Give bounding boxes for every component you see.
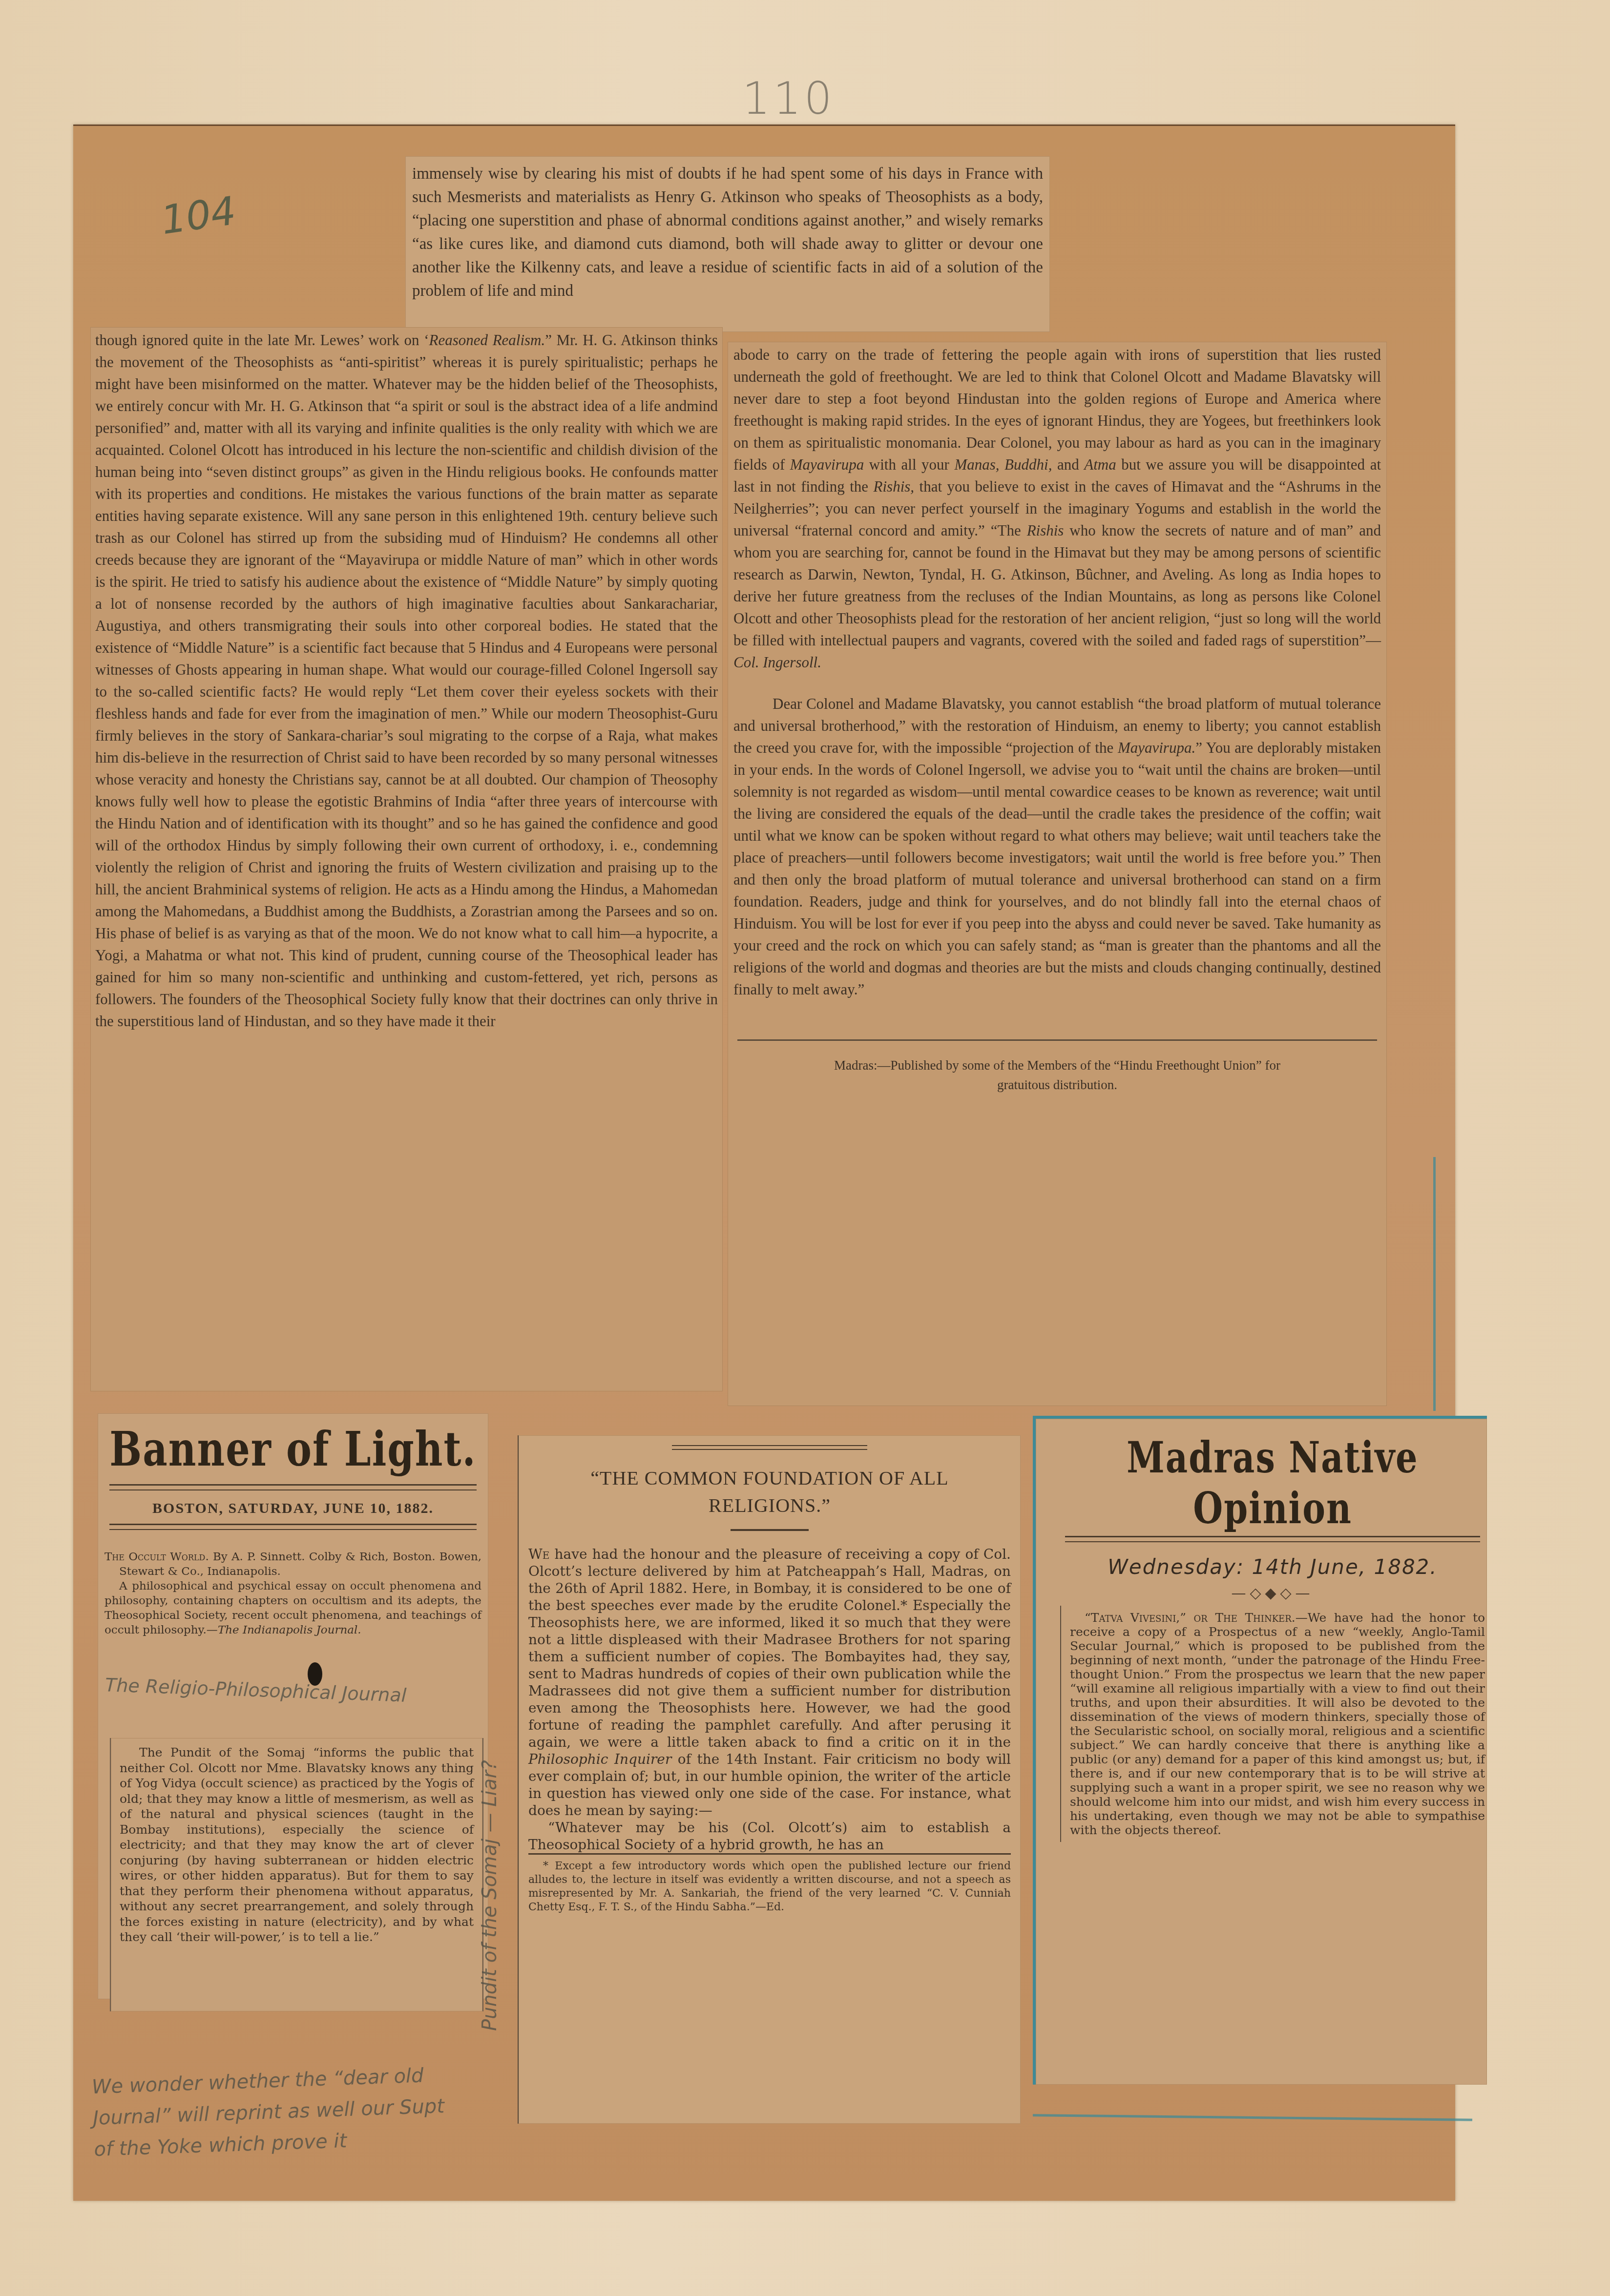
handwritten-page-number: 110 (742, 73, 835, 124)
clipping-pundit-of-the-somaj: The Pundit of the Somaj “informs the pub… (110, 1738, 483, 2011)
occult-world-review: The Occult World. By A. P. Sinnett. Colb… (105, 1550, 481, 1637)
handwritten-bottom-note: We wonder whether the “dear old Journal”… (91, 2059, 465, 2165)
clipping-common-foundation: “THE COMMON FOUNDATION OF ALL RELIGIONS.… (518, 1435, 1021, 2124)
divider-rule (737, 1039, 1377, 1041)
blue-pencil-mark (1433, 1157, 1436, 1411)
right-column-paragraph-2: Dear Colonel and Madame Blavatsky, you c… (733, 693, 1381, 1000)
article-quote: “Whatever may be his (Col. Olcott’s) aim… (528, 1819, 1011, 1853)
article-heading: “THE COMMON FOUNDATION OF ALL RELIGIONS.… (528, 1465, 1011, 1519)
dateline-rule (109, 1524, 477, 1530)
top-double-rule (672, 1445, 867, 1450)
right-column-paragraph-1: abode to carry on the trade of fettering… (733, 344, 1381, 673)
article-body: We have had the honour and the pleasure … (528, 1546, 1011, 1819)
ingersoll-attribution: Col. Ingersoll. (733, 654, 821, 671)
imprint-line: Madras:—Published by some of the Members… (733, 1055, 1381, 1075)
continuation-text: immensely wise by clearing his mist of d… (412, 162, 1043, 303)
masthead-rule (109, 1484, 477, 1490)
dateline-madras: Wednesday: 14th June, 1882. (1060, 1555, 1485, 1579)
imprint-line-2: gratuitous distribution. (733, 1075, 1381, 1095)
pamphlet-left-column: though ignored quite in the late Mr. Lew… (90, 327, 723, 1391)
left-column-text: though ignored quite in the late Mr. Lew… (95, 329, 718, 1032)
ornament-divider: —◇◆◇— (1060, 1585, 1485, 1602)
clipping-continuation-top: immensely wise by clearing his mist of d… (405, 156, 1050, 332)
handwritten-vertical-note: Pundit of the Somaj — Liar? (479, 1760, 501, 2031)
heading-rule (731, 1529, 809, 1531)
dateline-boston: BOSTON, SATURDAY, JUNE 10, 1882. (105, 1500, 481, 1517)
masthead-rule (1065, 1536, 1480, 1542)
masthead-banner-of-light: Banner of Light. (105, 1422, 481, 1477)
clipping-madras-native-opinion: Madras Native Opinion Wednesday: 14th Ju… (1033, 1416, 1487, 2085)
masthead-madras-native-opinion: Madras Native Opinion (1060, 1432, 1485, 1533)
pundit-text: The Pundit of the Somaj “informs the pub… (120, 1745, 474, 1945)
pamphlet-right-column: abode to carry on the trade of fettering… (728, 342, 1387, 1406)
editor-footnote: * Except a few introductory words which … (528, 1853, 1011, 1914)
tatva-vivesini-item: “Tatva Vivesini,” or The Thinker.—We hav… (1070, 1611, 1485, 1837)
